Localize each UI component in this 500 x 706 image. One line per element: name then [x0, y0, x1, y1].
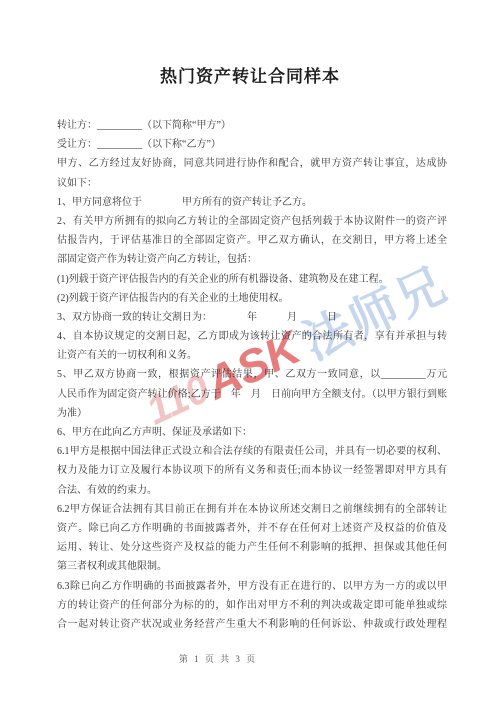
- contract-line: 3、双方协商一致的转让交割日为： 年 月 日: [57, 308, 447, 327]
- contract-line: 估报告内，于评估基准日的全部固定资产。甲乙双方确认，在交割日，甲方将上述全: [57, 231, 447, 250]
- contract-line: 转让方：_________（以下简称“甲方”）: [57, 116, 447, 135]
- contract-page: 110 ASK 法师兄 热门资产转让合同样本 转让方：_________（以下简…: [0, 0, 500, 706]
- contract-line: 6、甲方在此向乙方声明、保证及承诺如下：: [57, 423, 447, 442]
- document-title: 热门资产转让合同样本: [55, 62, 445, 87]
- contract-line: 合法、有效的约束力。: [57, 481, 447, 500]
- contract-line: 为准）: [57, 404, 447, 423]
- contract-line: 让资产有关的一切权利和义务。: [57, 346, 447, 365]
- contract-line: 6.3除已向乙方作明确的书面披露者外，甲方没有正在进行的、以甲方为一方的或以甲: [57, 577, 447, 596]
- contract-line: 甲方、乙方经过友好协商，同意共同进行协作和配合，就甲方资产转让事宜，达成协: [57, 154, 447, 173]
- contract-line: 部固定资产作为转让资产向乙方转让，包括：: [57, 250, 447, 269]
- document-body: 转让方：_________（以下简称“甲方”）受让方：_________（以下称…: [57, 116, 447, 634]
- contract-line: 第三者权利或其他限制。: [57, 557, 447, 576]
- contract-line: (1)列载于资产评估报告内的有关企业的所有机器设备、建筑物及在建工程。: [57, 270, 447, 289]
- contract-line: 权力及能力订立及履行本协议项下的所有义务和责任;而本协议一经签署即对甲方具有: [57, 461, 447, 480]
- page-number: 第 1 页 共 3 页: [0, 652, 500, 665]
- contract-line: (2)列载于资产评估报告内的有关企业的土地使用权。: [57, 289, 447, 308]
- contract-line: 5、甲乙双方协商一致，根据资产评估结果，甲、乙双方一致同意，以_________…: [57, 365, 447, 384]
- contract-line: 运用、转让、处分这些资产及权益的能力产生任何不利影响的抵押、担保或其他任何: [57, 538, 447, 557]
- contract-line: 6.2甲方保证合法拥有其目前正在拥有并在本协议所述交割日之前继续拥有的全部转让: [57, 500, 447, 519]
- contract-line: 2、有关甲方所拥有的拟向乙方转让的全部固定资产包括列载于本协议附件一的资产评: [57, 212, 447, 231]
- contract-line: 6.1甲方是根据中国法律正式设立和合法存续的有限责任公司，并具有一切必要的权利、: [57, 442, 447, 461]
- contract-line: 方的转让资产的任何部分为标的的，如作出对甲方不利的判决或裁定即可能单独或综: [57, 596, 447, 615]
- contract-line: 合一起对转让资产状况或业务经营产生重大不利影响的任何诉讼、仲裁或行政处理程: [57, 615, 447, 634]
- contract-line: 人民币作为固定资产转让价格;乙方于 年 月 日前向甲方全额支付。（以甲方银行到账: [57, 385, 447, 404]
- contract-line: 1、甲方同意将位于 甲方所有的资产转让予乙方。: [57, 193, 447, 212]
- contract-line: 议如下：: [57, 174, 447, 193]
- contract-line: 资产。除已向乙方作明确的书面披露者外，并不存在任何对上述资产及权益的价值及: [57, 519, 447, 538]
- contract-line: 4、自本协议规定的交割日起，乙方即成为该转让资产的合法所有者，享有并承担与转: [57, 327, 447, 346]
- contract-line: 受让方：_________（以下称“乙方”）: [57, 135, 447, 154]
